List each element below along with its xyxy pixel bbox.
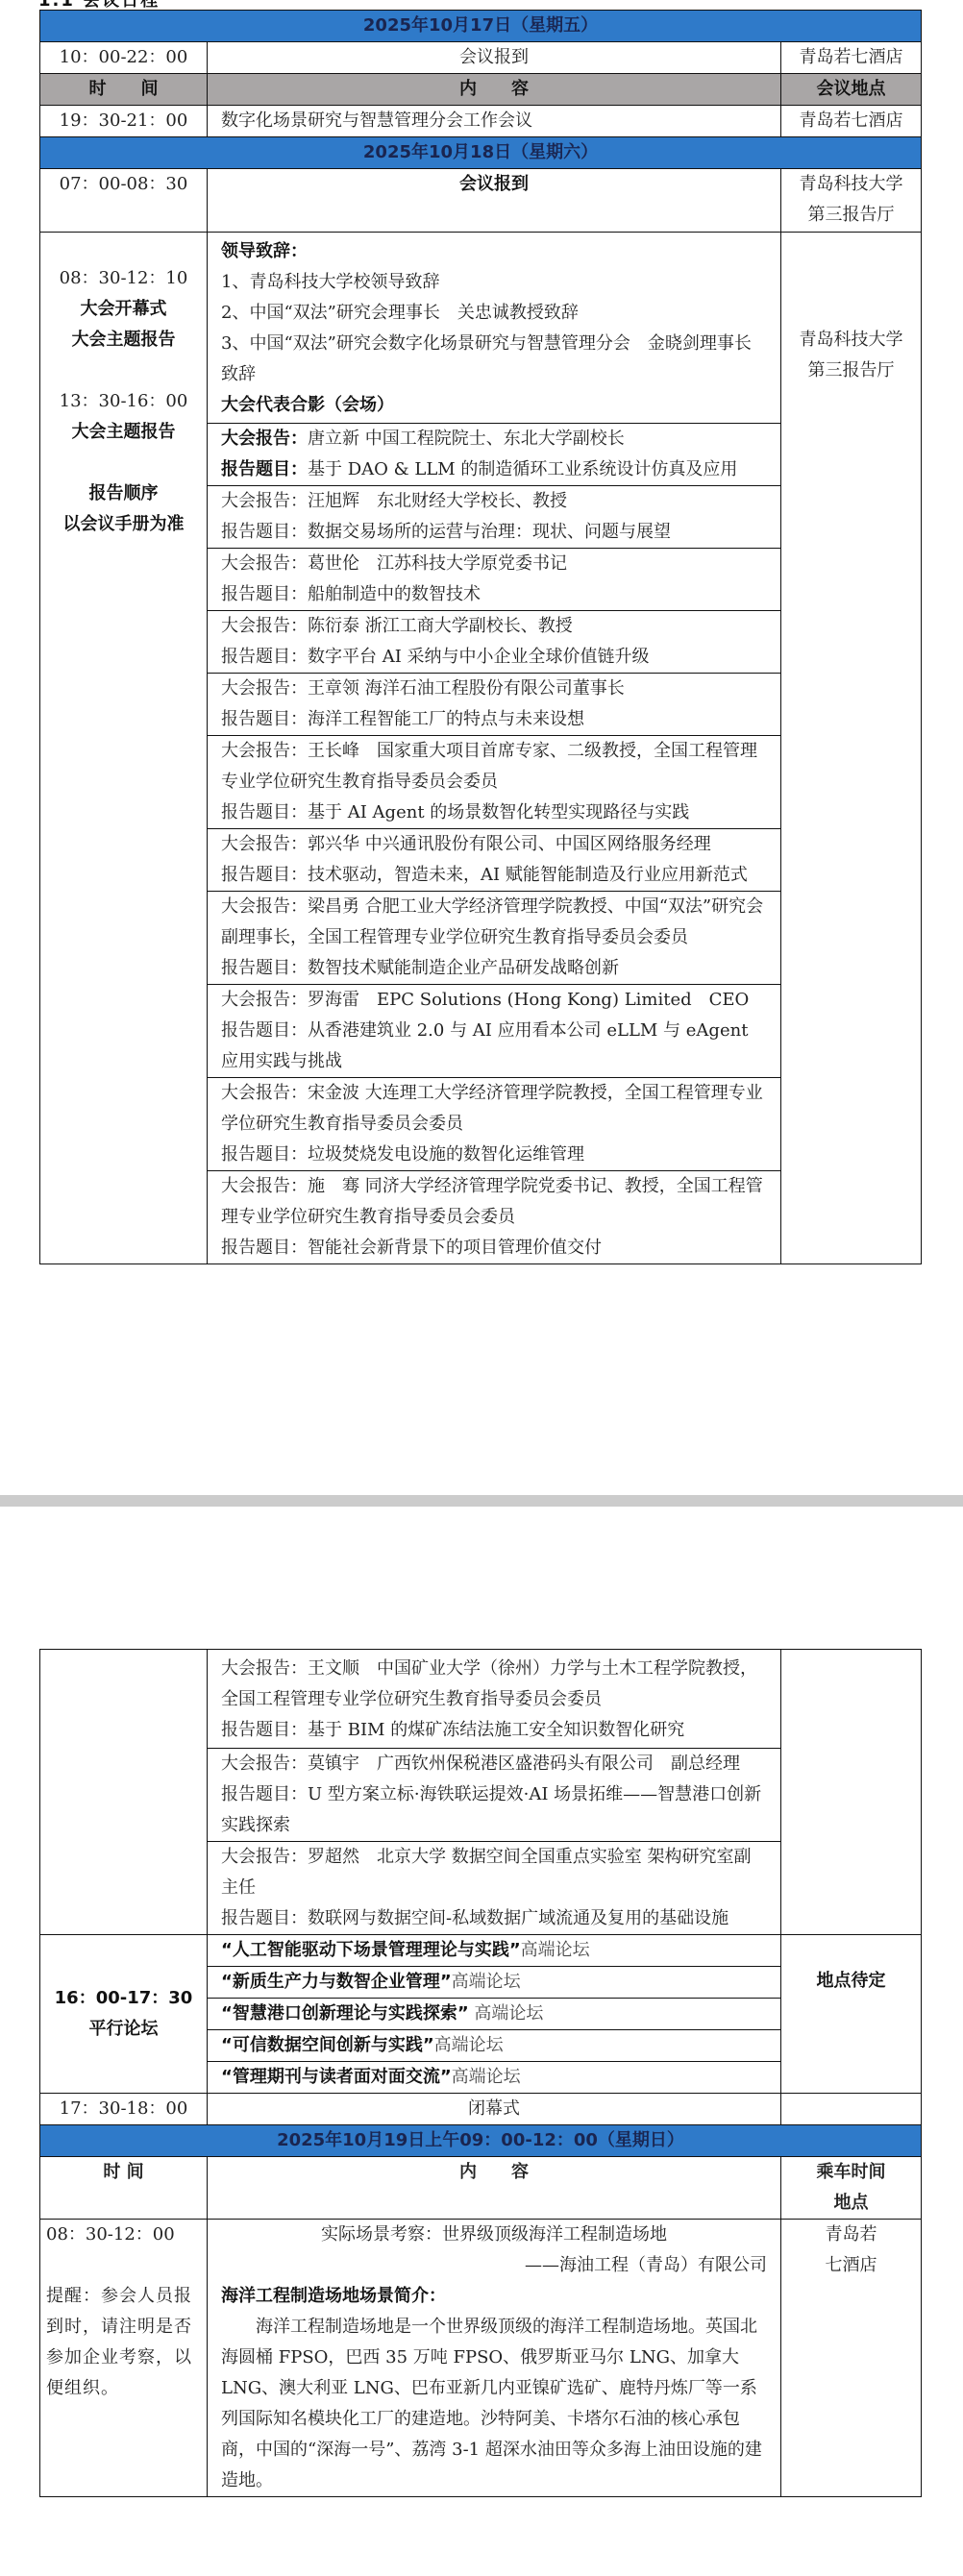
date-bar-oct17: 2025年10月17日（星期五） [40,11,922,42]
row-closing: 17：30-18：00 闭幕式 [40,2094,922,2125]
row-work-meeting: 19：30-21：00 数字化场景研究与智慧管理分会工作会议 青岛若七酒店 [40,106,922,137]
header-time: 时 间 [40,74,208,106]
page-2: 大会报告：王文顺 中国矿业大学（徐州）力学与土木工程学院教授，全国工程管理专业学… [0,1507,963,2576]
report-item: 大会报告：王章领 海洋石油工程股份有限公司董事长 报告题目：海洋工程智能工厂的特… [208,674,780,736]
session-left-cell: 08：30-12：10 大会开幕式 大会主题报告 13：30-16：00 大会主… [40,233,208,1264]
forum-item: “人工智能驱动下场景管理理论与实践”高端论坛 [208,1935,780,1967]
time-cell: 17：30-18：00 [40,2094,208,2125]
time-cell: 07：00-08：30 [40,169,208,233]
empty-time-cell [40,1650,208,1935]
report-item: 大会报告：汪旭辉 东北财经大学校长、教授 报告题目：数据交易场所的运营与治理：现… [208,486,780,549]
header-place: 会议地点 [781,74,922,106]
report-item: 大会报告：唐立新 中国工程院院士、东北大学副校长 报告题目：基于 DAO & L… [208,424,780,486]
place-cell: 青岛若七酒店 [781,42,922,74]
visit-time-cell: 08：30-12：00 提醒：参会人员报到时，请注明是否参加企业考察，以便组织。 [40,2220,208,2497]
schedule-table-page1: 2025年10月17日（星期五） 10：00-22：00 会议报到 青岛若七酒店… [39,10,922,1264]
report-item: 大会报告：郭兴华 中兴通讯股份有限公司、中国区网络服务经理 报告题目：技术驱动，… [208,829,780,892]
header-place: 乘车时间 地点 [781,2157,922,2220]
row-parallel-forums: 16：00-17：30 平行论坛 “人工智能驱动下场景管理理论与实践”高端论坛 … [40,1935,922,2094]
page-separator [0,1495,963,1507]
content-cell: 会议报到 [208,169,781,233]
date-bar-oct19: 2025年10月19日上午09：00-12：00（星期日） [40,2125,922,2157]
forum-item: “可信数据空间创新与实践”高端论坛 [208,2030,780,2062]
place-cell: 青岛科技大学 第三报告厅 [781,169,922,233]
page-1: 1.1 会议日程 2025年10月17日（星期五） 10：00-22：00 会议… [0,0,963,1495]
forum-item: “新质生产力与数智企业管理”高端论坛 [208,1967,780,1999]
parallel-time-cell: 16：00-17：30 平行论坛 [40,1935,208,2094]
report-item: 大会报告：施 骞 同济大学经济管理学院党委书记、教授，全国工程管理专业学位研究生… [208,1171,780,1264]
report-item: 大会报告：陈衍泰 浙江工商大学副校长、教授 报告题目：数字平台 AI 采纳与中小… [208,611,780,674]
session-content-cell: 领导致辞： 1、青岛科技大学校领导致辞 2、中国“双法”研究会理事长 关忠诚教授… [208,233,781,1264]
report-item: 大会报告：莫镇宇 广西钦州保税港区盛港码头有限公司 副总经理 报告题目：U 型方… [208,1749,780,1842]
column-header-row-day3: 时 间 内 容 乘车时间 地点 [40,2157,922,2220]
report-item: 大会报告：罗海雷 EPC Solutions (Hong Kong) Limit… [208,985,780,1078]
parallel-place-cell: 地点待定 [781,1935,922,2094]
report-item: 大会报告：梁昌勇 合肥工业大学经济管理学院教授、中国“双法”研究会副理事长，全国… [208,892,780,985]
row-site-visit: 08：30-12：00 提醒：参会人员报到时，请注明是否参加企业考察，以便组织。… [40,2220,922,2497]
row-reports-continued: 大会报告：王文顺 中国矿业大学（徐州）力学与土木工程学院教授，全国工程管理专业学… [40,1650,922,1935]
place-cell [781,2094,922,2125]
column-header-row: 时 间 内 容 会议地点 [40,74,922,106]
header-content: 内 容 [208,2157,781,2220]
place-cell: 青岛若七酒店 [781,106,922,137]
header-time: 时 间 [40,2157,208,2220]
time-cell: 10：00-22：00 [40,42,208,74]
row-registration-oct18: 07：00-08：30 会议报到 青岛科技大学 第三报告厅 [40,169,922,233]
report-item: 大会报告：宋金波 大连理工大学经济管理学院教授，全国工程管理专业学位研究生教育指… [208,1078,780,1171]
content-cell: 数字化场景研究与智慧管理分会工作会议 [208,106,781,137]
opening-speeches: 领导致辞： 1、青岛科技大学校领导致辞 2、中国“双法”研究会理事长 关忠诚教授… [208,233,780,424]
empty-place-cell [781,1650,922,1935]
schedule-table-page2: 大会报告：王文顺 中国矿业大学（徐州）力学与土木工程学院教授，全国工程管理专业学… [39,1649,922,2497]
session-items: 领导致辞： 1、青岛科技大学校领导致辞 2、中国“双法”研究会理事长 关忠诚教授… [208,233,780,1263]
reports-continued-cell: 大会报告：王文顺 中国矿业大学（徐州）力学与土木工程学院教授，全国工程管理专业学… [208,1650,781,1935]
time-cell: 19：30-21：00 [40,106,208,137]
row-main-session: 08：30-12：10 大会开幕式 大会主题报告 13：30-16：00 大会主… [40,233,922,1264]
forum-list-cell: “人工智能驱动下场景管理理论与实践”高端论坛 “新质生产力与数智企业管理”高端论… [208,1935,781,2094]
visit-content-cell: 实际场景考察：世界级顶级海洋工程制造场地 ——海油工程（青岛）有限公司 海洋工程… [208,2220,781,2497]
content-cell: 会议报到 [208,42,781,74]
report-item: 大会报告：罗超然 北京大学 数据空间全国重点实验室 架构研究室副主任 报告题目：… [208,1842,780,1935]
report-item: 大会报告：王长峰 国家重大项目首席专家、二级教授，全国工程管理专业学位研究生教育… [208,736,780,829]
forum-item: “管理期刊与读者面对面交流”高端论坛 [208,2062,780,2094]
forum-item: “智慧港口创新理论与实践探索” 高端论坛 [208,1999,780,2030]
visit-place-cell: 青岛若 七酒店 [781,2220,922,2497]
date-bar-oct18: 2025年10月18日（星期六） [40,137,922,169]
report-item: 大会报告：王文顺 中国矿业大学（徐州）力学与土木工程学院教授，全国工程管理专业学… [208,1650,780,1749]
content-cell: 闭幕式 [208,2094,781,2125]
row-registration-oct17: 10：00-22：00 会议报到 青岛若七酒店 [40,42,922,74]
report-item: 大会报告：葛世伦 江苏科技大学原党委书记 报告题目：船舶制造中的数智技术 [208,549,780,611]
session-place-cell: 青岛科技大学 第三报告厅 [781,233,922,1264]
header-content: 内 容 [208,74,781,106]
